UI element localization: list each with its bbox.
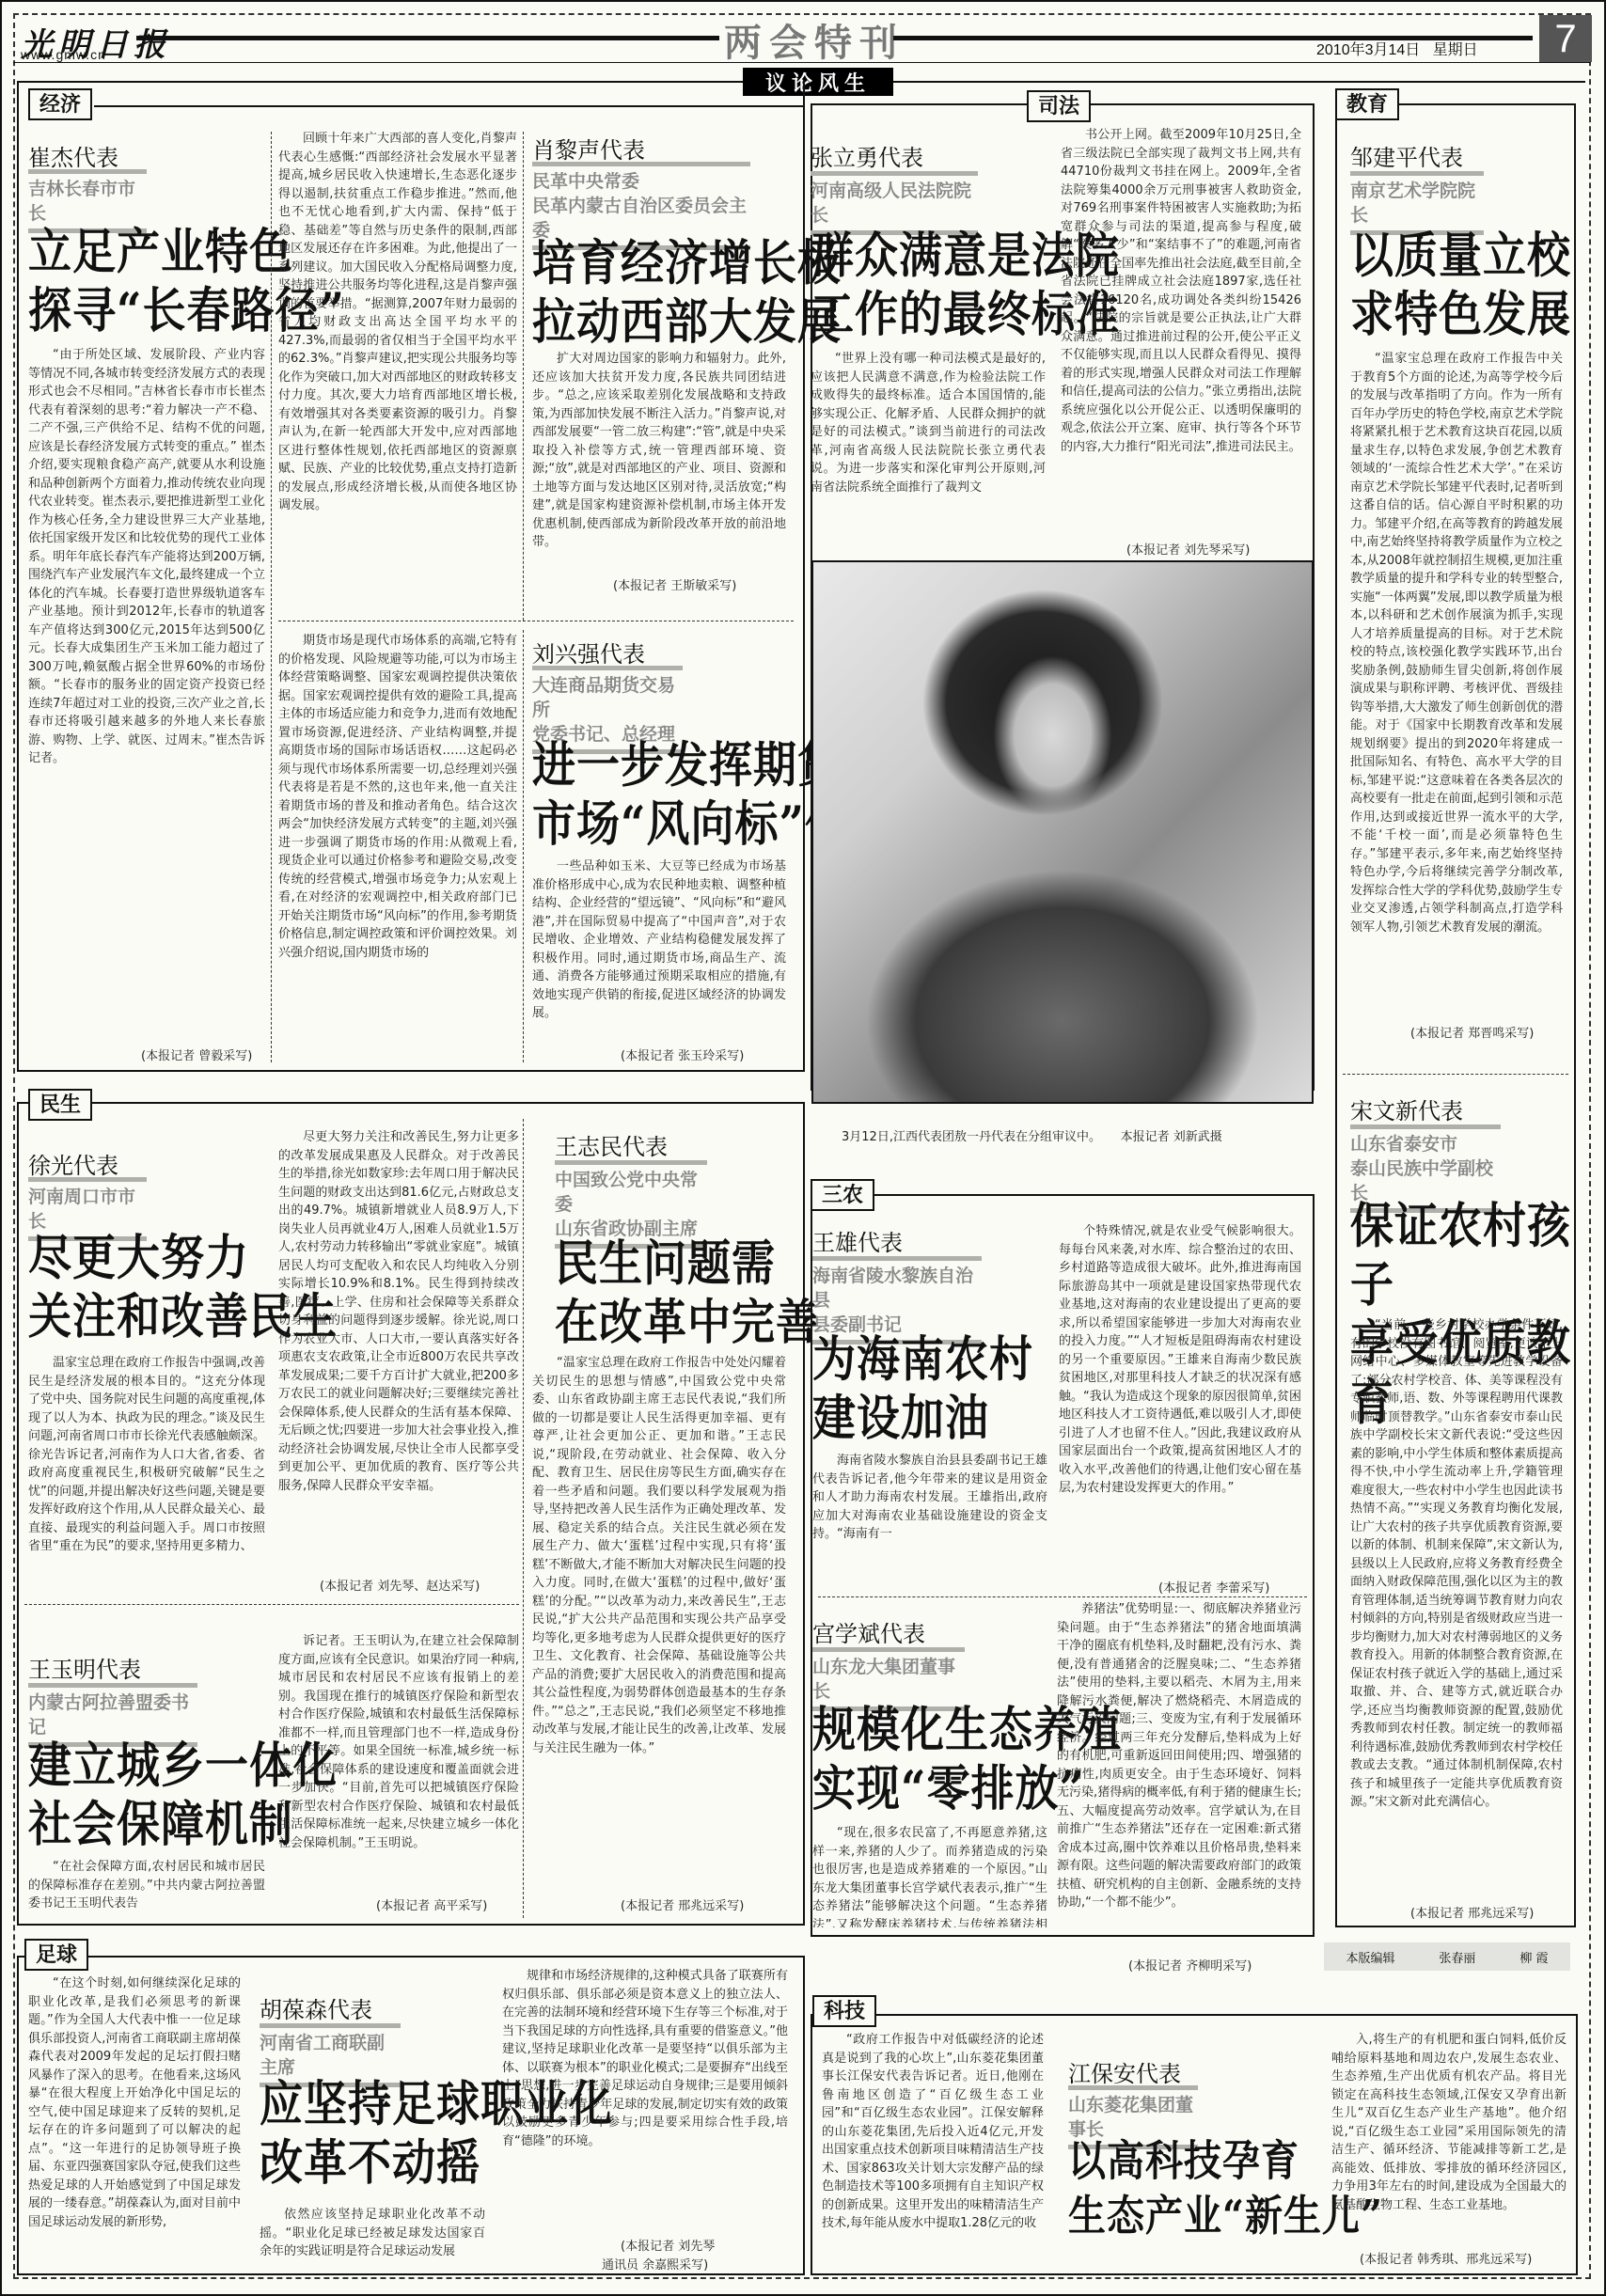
body-paragraph: 回顾十年来广大西部的喜人变化,肖黎声代表心生感慨:“西部经济社会发展水平显著提高… — [278, 130, 517, 515]
section-label-technology: 科技 — [812, 1995, 876, 2027]
byline-wangzhimin: (本报记者 邢兆远采写) — [621, 1895, 744, 1913]
article-body-cuijie: “由于所处区域、发展阶段、产业内容等情况不同,各城市转变经济发展方式的表现形式也… — [28, 346, 265, 1061]
masthead-divider — [13, 62, 1591, 63]
title-line-1: 山东省泰安市 — [1350, 1132, 1501, 1156]
byline-jiangbaoan: (本报记者 韩秀琪、邢兆远采写) — [1360, 2249, 1532, 2267]
rep-name-huzhangsen: 胡葆森代表 — [260, 1991, 372, 2024]
body-paragraph: 尽更大努力关注和改善民生,努力让更多的改革发展成果惠及人民群众。对于改善民生的举… — [278, 1128, 519, 1495]
body-paragraph: 一些品种如玉米、大豆等已经成为市场基准价格形成中心,成为农民种地卖粮、调整种植结… — [532, 857, 786, 1023]
headline-line-1: 民生问题需 — [555, 1234, 820, 1293]
rep-name-wangzhimin: 王志民代表 — [555, 1128, 668, 1161]
body-paragraph: 温家宝总理在政府工作报告中强调,改善民生是经济发展的根本目的。“这充分体现了党中… — [28, 1354, 265, 1556]
body-paragraph: “政府工作报告中对低碳经济的论述真是说到了我的心坎上”,山东菱花集团董事长江保安… — [822, 2031, 1044, 2233]
body-paragraph: 个特殊情况,就是农业受气候影响很大。每每台风来袭,对水库、综合整治过的农田、乡村… — [1059, 1222, 1301, 1498]
article-body-huzhangsen-left: “在这个时刻,如何继续深化足球的职业化改革,是我们必须思考的新课题。”作为全国人… — [28, 1974, 241, 2257]
headline-line-2: 求特色发展 — [1350, 285, 1571, 344]
rep-name-zoujianping: 邹建平代表 — [1350, 139, 1463, 172]
title-line-1: 民革中央常委 — [532, 169, 750, 194]
article-divider — [24, 1604, 519, 1605]
editors-label: 本版编辑 — [1346, 1948, 1394, 1966]
headline-line-2: 拉动西部大发展 — [532, 292, 842, 352]
dateline: 2010年3月14日 星期日 — [1316, 38, 1478, 59]
body-paragraph: “由于所处区域、发展阶段、产业内容等情况不同,各城市转变经济发展方式的表现形式也… — [28, 346, 265, 768]
photo-caption: 3月12日,江西代表团敖一丹代表在分组审议中。 本报记者 刘新武摄 — [842, 1126, 1222, 1144]
article-body-gongxuebin-right: 养猪法”优势明显:一、彻底解决养猪业污染问题。由于“生态养猪法”的猪舍地面填满干… — [1057, 1600, 1301, 1920]
body-paragraph: “在这个时刻,如何继续深化足球的职业化改革,是我们必须思考的新课题。”作为全国人… — [28, 1974, 241, 2231]
rep-name-xiaolisheng: 肖黎声代表 — [532, 132, 645, 165]
editors-credit: 本版编辑 张春丽 柳 霞 — [1324, 1942, 1570, 1971]
article-body-huzhangsen-right: 规律和市场经济规律的,这种模式具备了联赛所有权归俱乐部、俱乐部必须是资本意义上的… — [502, 1967, 788, 2230]
page-number: 7 — [1539, 15, 1592, 62]
body-paragraph: 依然应该坚持足球职业化改革不动摇。“职业化足球已经被足球发达国家百余年的实践证明… — [260, 2206, 485, 2261]
body-paragraph: “温家宝总理在政府工作报告中关于教育5个方面的论述,为高等学校今后的发展与改革指… — [1350, 350, 1563, 936]
body-paragraph: “现在,很多农民富了,不再愿意养猪,这样一来,养猪的人少了。而养猪造成的污染也很… — [812, 1824, 1047, 1927]
body-paragraph: 扩大对周边国家的影响力和辐射力。此外,还应该加大扶贫开发力度,各民族共同团结进步… — [532, 350, 786, 552]
article-body-huzhangsen-mid: 依然应该坚持足球职业化改革不动摇。“职业化足球已经被足球发达国家百余年的实践证明… — [260, 2206, 485, 2262]
byline-xiaolisheng: (本报记者 王斯敏采写) — [613, 575, 736, 593]
body-paragraph: 规律和市场经济规律的,这种模式具备了联赛所有权归俱乐部、俱乐部必须是资本意义上的… — [502, 1967, 788, 2150]
body-paragraph: 入,将生产的有机肥和蛋白饲料,低价反哺给原料基地和周边农户,发展生态农业、生态养… — [1331, 2031, 1567, 2214]
headline-line-2: 建设加油 — [812, 1389, 1033, 1448]
article-divider — [818, 1596, 1307, 1597]
rep-name-wangyuming: 王玉明代表 — [28, 1651, 141, 1684]
rep-name-cuijie: 崔杰代表 — [28, 139, 118, 172]
byline-liuxingqiang: (本报记者 张玉玲采写) — [621, 1046, 744, 1063]
issue-date: 2010年3月14日 — [1316, 42, 1420, 58]
byline-wangyuming: (本报记者 高平采写) — [376, 1895, 487, 1913]
rep-name-zhangliyong: 张立勇代表 — [811, 139, 923, 172]
byline-zhangliyong: (本报记者 刘先琴采写) — [1126, 540, 1250, 558]
section-label-education: 教育 — [1335, 88, 1399, 120]
article-body-wangzhimin: “温家宝总理在政府工作报告中处处闪耀着关切民生的思想与情感”,中国致公党中央常委… — [532, 1354, 786, 1890]
article-body-jiangbaoan-left: “政府工作报告中对低碳经济的论述真是说到了我的心坎上”,山东菱花集团董事长江保安… — [822, 2031, 1044, 2266]
article-body-xiaolisheng: 扩大对周边国家的影响力和辐射力。此外,还应该加大扶贫开发力度,各民族共同团结进步… — [532, 350, 786, 575]
byline-gongxuebin: (本报记者 齐柳明采写) — [1128, 1956, 1252, 1974]
section-label-agriculture: 三农 — [811, 1179, 874, 1211]
body-paragraph: “在社会保障方面,农村居民和城市居民的保障标准存在差别。”中共内蒙古阿拉善盟委书… — [28, 1858, 265, 1913]
body-paragraph: 养猪法”优势明显:一、彻底解决养猪业污染问题。由于“生态养猪法”的猪舍地面填满干… — [1057, 1600, 1301, 1912]
headline-line-1: 为海南农村 — [812, 1329, 1033, 1389]
headline-line-1: 以质量立校 — [1350, 226, 1571, 285]
body-paragraph: 期货市场是现代市场体系的高端,它特有的价格发现、风险规避等功能,可以为市场主体经… — [278, 632, 517, 962]
byline-zoujianping: (本报记者 郑晋鸣采写) — [1410, 1023, 1534, 1041]
column-divider — [523, 630, 524, 1062]
section-label-economy: 经济 — [28, 88, 92, 120]
headline-zoujianping: 以质量立校 求特色发展 — [1350, 226, 1571, 343]
rep-name-jiangbaoan: 江保安代表 — [1068, 2055, 1181, 2088]
title-line-1: 中国致公党中央常委 — [555, 1168, 707, 1217]
body-paragraph: 诉记者。王玉明认为,在建立社会保障制度方面,应该有全民意识。如果治疗同一种病,城… — [278, 1632, 519, 1852]
rep-name-wangxiong: 王雄代表 — [812, 1224, 903, 1257]
editor-name: 柳 霞 — [1519, 1948, 1548, 1966]
byline-cuijie: (本报记者 曾毅采写) — [141, 1046, 252, 1063]
article-divider — [1343, 1074, 1568, 1075]
rep-name-songwenxin: 宋文新代表 — [1350, 1093, 1463, 1125]
byline-huzhangsen-1: (本报记者 刘先琴 — [621, 2236, 715, 2254]
photo-credit: 本报记者 刘新武摄 — [1121, 1130, 1222, 1144]
banner-rule-right — [893, 81, 1585, 83]
special-edition-title: 两会特刊 — [724, 13, 905, 67]
headline-line-1: 培育经济增长极 — [532, 233, 842, 292]
section-label-justice: 司法 — [1027, 90, 1091, 122]
article-body-wangxiong-right: 个特殊情况,就是农业受气候影响很大。每每台风来袭,对水库、综合整治过的农田、乡村… — [1059, 1222, 1301, 1580]
article-body-zhangliyong-right: 书公开上网。截至2009年10月25日,全省三级法院已全部实现了裁判文书上网,共… — [1061, 126, 1301, 540]
headline-wangzhimin: 民生问题需 在改革中完善 — [555, 1234, 820, 1351]
body-paragraph: 海南省陵水黎族自治县县委副书记王雄代表告诉记者,他今年带来的建议是用资金和人才助… — [812, 1452, 1047, 1544]
section-label-livelihood: 民生 — [28, 1089, 92, 1121]
newspaper-url[interactable]: www.gmw.cn — [21, 47, 106, 62]
article-body-wangxiong-left: 海南省陵水黎族自治县县委副书记王雄代表告诉记者,他今年带来的建议是用资金和人才助… — [812, 1452, 1047, 1565]
article-body-xuguang-left: 温家宝总理在政府工作报告中强调,改善民生是经济发展的根本目的。“这充分体现了党中… — [28, 1354, 265, 1589]
article-body-liuxingqiang-left: 期货市场是现代市场体系的高端,它特有的价格发现、风险规避等功能,可以为市场主体经… — [278, 632, 517, 1064]
byline-huzhangsen-2: 通讯员 余嘉熙采写) — [602, 2255, 708, 2272]
body-paragraph: 书公开上网。截至2009年10月25日,全省三级法院已全部实现了裁判文书上网,共… — [1061, 126, 1301, 456]
economy-section-rule — [94, 105, 803, 107]
article-body-wangyuming-left: “在社会保障方面,农村居民和城市居民的保障标准存在差别。”中共内蒙古阿拉善盟委书… — [28, 1858, 265, 1914]
headline-wangxiong: 为海南农村 建设加油 — [812, 1329, 1033, 1447]
headline-line-2: 在改革中完善 — [555, 1293, 820, 1352]
article-body-xuguang-right: 尽更大努力关注和改善民生,努力让更多的改革发展成果惠及人民群众。对于改善民生的举… — [278, 1128, 519, 1570]
body-paragraph: “温家宝总理在政府工作报告中处处闪耀着关切民生的思想与情感”,中国致公党中央常委… — [532, 1354, 786, 1757]
byline-xuguang: (本报记者 刘先琴、赵达采写) — [320, 1576, 480, 1594]
title-line-1: 大连商品期货交易所 — [532, 673, 683, 722]
column-divider — [271, 132, 272, 1062]
byline-songwenxin: (本报记者 邢兆远采写) — [1410, 1903, 1534, 1921]
article-body-zhangliyong-left: “世界上没有哪一种司法模式是最好的,应该把人民满意不满意,作为检验法院工作成败得… — [811, 350, 1046, 557]
article-divider — [278, 621, 794, 621]
masthead-rule-left — [136, 36, 719, 40]
rep-name-liuxingqiang: 刘兴强代表 — [532, 636, 645, 668]
body-paragraph: “世界上没有哪一种司法模式是最好的,应该把人民满意不满意,作为检验法院工作成败得… — [811, 350, 1046, 496]
issue-weekday: 星期日 — [1433, 42, 1478, 58]
editor-name: 张春丽 — [1439, 1948, 1475, 1966]
rep-name-gongxuebin: 宫学斌代表 — [812, 1615, 925, 1648]
byline-wangxiong: (本报记者 李蕾采写) — [1158, 1578, 1269, 1596]
article-body-gongxuebin-left: “现在,很多农民富了,不再愿意养猪,这样一来,养猪的人少了。而养猪造成的污染也很… — [812, 1824, 1047, 1927]
article-body-zoujianping: “温家宝总理在政府工作报告中关于教育5个方面的论述,为高等学校今后的发展与改革指… — [1350, 350, 1563, 1019]
article-body-jiangbaoan-right: 入,将生产的有机肥和蛋白饲料,低价反哺给原料基地和周边农户,发展生态农业、生态养… — [1331, 2031, 1567, 2238]
rep-name-xuguang: 徐光代表 — [28, 1147, 118, 1180]
headline-line-1: 保证农村孩子 — [1350, 1196, 1606, 1313]
headline-xiaolisheng: 培育经济增长极 拉动西部大发展 — [532, 233, 842, 351]
column-divider — [523, 132, 524, 621]
news-photo-delegate — [811, 560, 1314, 1104]
article-body-songwenxin: “当前,一些乡村学校办学条件不好,有的学校没有图书馆、阅览室,更谈不上网络中心、… — [1350, 1316, 1563, 1890]
article-body-cuijie-cont: 回顾十年来广大西部的喜人变化,肖黎声代表心生感慨:“西部经济社会发展水平显著提高… — [278, 130, 517, 619]
article-body-liuxingqiang-right: 一些品种如玉米、大豆等已经成为市场基准价格形成中心,成为农民种地卖粮、调整种植结… — [532, 857, 786, 1042]
body-paragraph: “当前,一些乡村学校办学条件不好,有的学校没有图书馆、阅览室,更谈不上网络中心、… — [1350, 1316, 1563, 1812]
caption-text: 3月12日,江西代表团敖一丹代表在分组审议中。 — [842, 1130, 1101, 1144]
section-label-football: 足球 — [24, 1939, 88, 1971]
column-divider — [523, 1119, 524, 1918]
article-body-wangyuming-right: 诉记者。王玉明认为,在建立社会保障制度方面,应该有全民意识。如果治疗同一种病,城… — [278, 1632, 519, 1886]
title-line-1: 海南省陵水黎族自治县 — [812, 1264, 982, 1313]
